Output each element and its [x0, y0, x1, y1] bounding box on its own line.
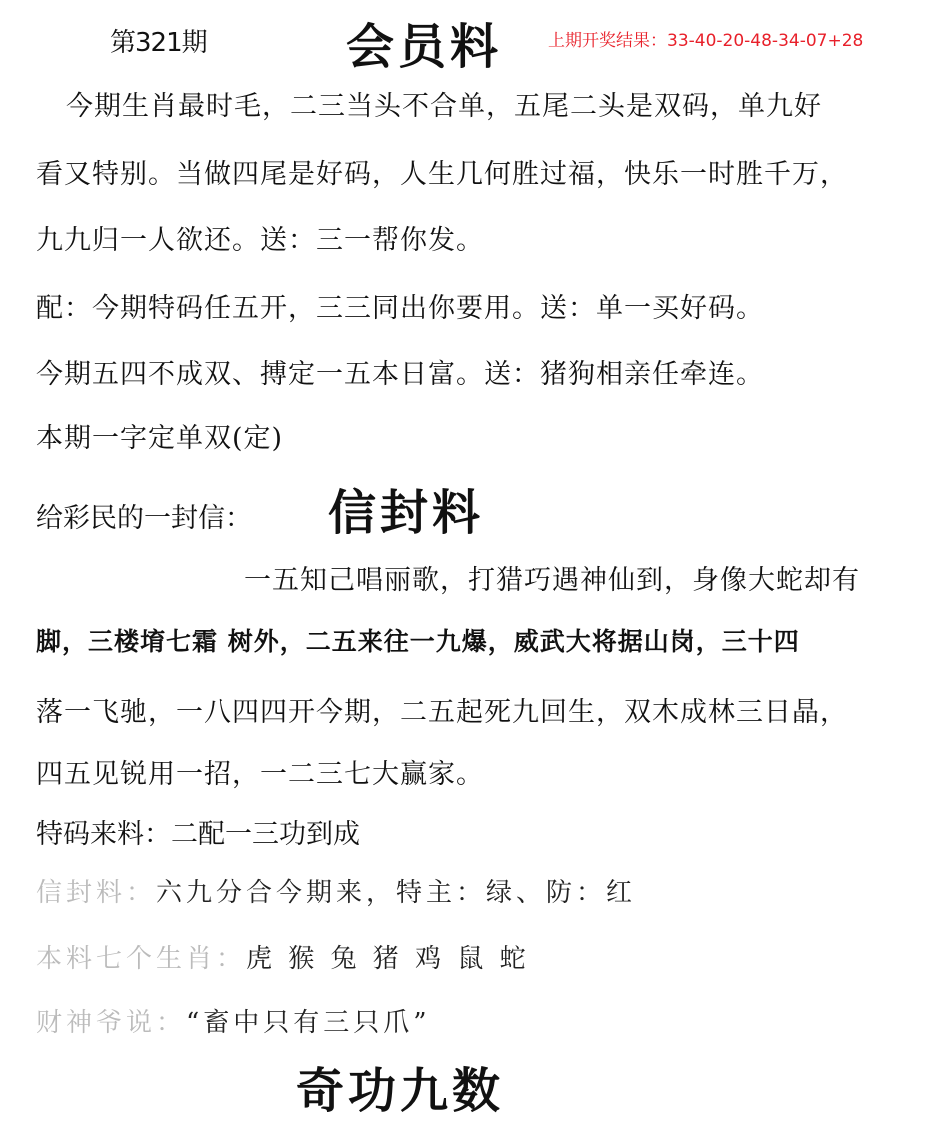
last-result-numbers: 33-40-20-48-34-07+28	[667, 31, 863, 51]
letter-line-3: 落一飞驰，一八四四开今期，二五起死九回生，双木成林三日晶，	[36, 690, 848, 729]
last-draw-result: 上期开奖结果：33-40-20-48-34-07+28	[548, 26, 863, 51]
zodiac-row-value: 虎 猴 兔 猪 鸡 鼠 蛇	[246, 944, 530, 974]
envelope-row-label: 信封料：	[36, 878, 156, 908]
page-title: 会员料	[346, 8, 502, 77]
saying-row-value: “畜中只有三只爪”	[186, 1008, 431, 1038]
member-line-4: 配：今期特码任五开，三三同出你要用。送：单一买好码。	[36, 286, 764, 325]
saying-row: 财神爷说：“畜中只有三只爪”	[36, 1002, 431, 1039]
special-code-line: 特码来料：二配一三功到成	[36, 812, 360, 851]
letter-label: 给彩民的一封信：	[36, 496, 252, 535]
footer-title: 奇功九数	[296, 1052, 504, 1121]
letter-line-2: 脚，三楼堉七霜 树外，二五来往一九爆，威武大将据山岗，三十四	[36, 622, 800, 658]
envelope-row-value: 六九分合今期来，特主：绿、防：红	[156, 878, 636, 908]
last-result-label: 上期开奖结果：	[548, 31, 667, 51]
issue-number: 第321期	[110, 22, 207, 59]
member-line-5: 今期五四不成双、搏定一五本日富。送：猪狗相亲任牵连。	[36, 352, 764, 391]
saying-row-label: 财神爷说：	[36, 1008, 186, 1038]
envelope-row: 信封料：六九分合今期来，特主：绿、防：红	[36, 872, 636, 909]
letter-line-4: 四五见锐用一招，一二三七大赢家。	[36, 752, 484, 791]
letter-line-1: 一五知己唱丽歌，打猎巧遇神仙到，身像大蛇却有	[244, 558, 860, 597]
member-line-2: 看又特别。当做四尾是好码，人生几何胜过福，快乐一时胜千万，	[36, 152, 848, 191]
member-line-3: 九九归一人欲还。送：三一帮你发。	[36, 218, 484, 257]
envelope-title: 信封料	[328, 474, 484, 543]
zodiac-row-label: 本料七个生肖：	[36, 944, 246, 974]
member-line-6: 本期一字定单双(定)	[36, 416, 283, 455]
zodiac-row: 本料七个生肖：虎 猴 兔 猪 鸡 鼠 蛇	[36, 938, 530, 975]
member-line-1: 今期生肖最时毛，二三当头不合单，五尾二头是双码，单九好	[66, 84, 822, 123]
